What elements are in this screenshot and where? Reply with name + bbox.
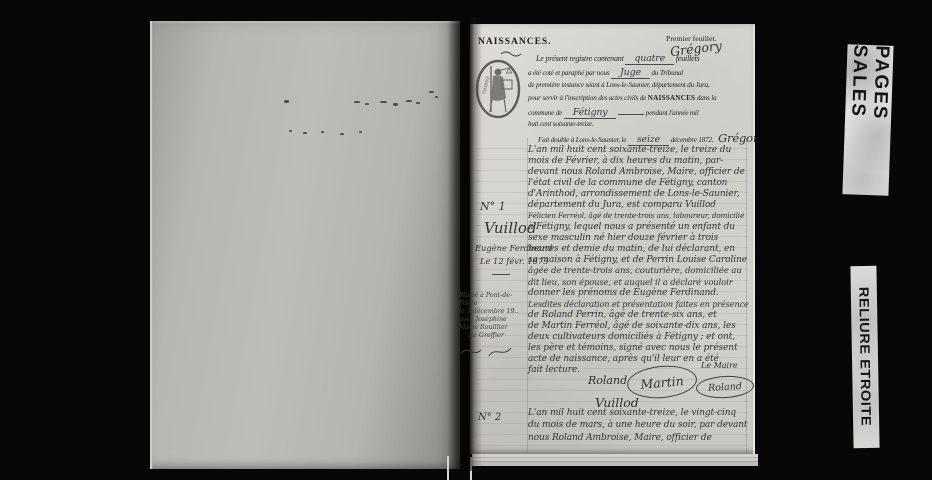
act-text-line: L'an mil huit cent soixante-treize, le v… xyxy=(528,408,747,420)
act2-number: N° 2 xyxy=(478,412,501,423)
ink-speck xyxy=(359,131,362,133)
printed-text: Le présent registre contenant xyxy=(536,54,624,63)
mention-line: Marie Rouillier xyxy=(459,324,529,332)
ink-speck xyxy=(380,101,387,103)
handwritten-fill: Fétigny xyxy=(564,107,617,119)
form-line-6: huit cent soixante-treize. xyxy=(528,120,593,128)
marginal-mention: Marié à Pont-de-Poitte le 3 décembre 19.… xyxy=(459,292,529,363)
ink-speck xyxy=(429,91,434,93)
archival-label-pages-sales: PAGES SALES xyxy=(842,44,893,196)
act-text-line: Lesdites déclaration et présentation fai… xyxy=(528,299,749,310)
act-text-line: deux cultivateurs domiciliés à Fétigny ;… xyxy=(528,332,749,343)
title-flourish xyxy=(500,50,522,57)
clerk-signature-flourish xyxy=(459,342,515,360)
printed-text: du Tribunal xyxy=(652,69,684,77)
ink-speck xyxy=(354,101,360,103)
form-line-2: a été coté et paraphé par nous Juge du T… xyxy=(528,67,683,78)
printed-text: de première instance séant à Lons-le-Sau… xyxy=(528,81,710,89)
act-text-line: devant nous Roland Ambroise, Maire, offi… xyxy=(528,167,749,178)
blank-rule xyxy=(618,108,644,115)
printed-text: huit cent soixante-treize. xyxy=(528,120,593,128)
ink-speck xyxy=(435,96,438,98)
ink-speck xyxy=(365,103,369,105)
act-text-line: âgée de trente-trois ans, couturière, do… xyxy=(528,266,749,277)
ink-speck xyxy=(340,133,344,135)
act-text-line: mois de Février, à dix heures du matin, … xyxy=(528,156,749,167)
printed-bold-text: NAISSANCES xyxy=(648,94,696,102)
act-text-line: sexe masculin né hier douze février à tr… xyxy=(528,233,749,244)
section-title: NAISSANCES. xyxy=(478,37,552,47)
act2-body-text: L'an mil huit cent soixante-treize, le v… xyxy=(528,408,747,445)
handwritten-fill: quatre xyxy=(625,53,674,65)
mayor-title: Le Maire xyxy=(701,361,738,370)
ink-speck xyxy=(321,131,324,133)
handwritten-fill: Juge xyxy=(611,67,650,79)
printed-text: Fait double à Lons-le-Saunier, le xyxy=(538,136,626,144)
printed-text: pour servir à l'inscription des actes ci… xyxy=(528,94,646,102)
page-edge-tick xyxy=(470,457,472,480)
act-text-line: les père et témoins, signé avec nous le … xyxy=(528,343,749,354)
stamp-label: TIMBRE xyxy=(483,76,492,96)
act-text-line: l'état civil de la commune de Fétigny, c… xyxy=(528,178,749,189)
left-blank-page xyxy=(150,21,460,469)
form-line-3: de première instance séant à Lons-le-Sau… xyxy=(528,81,710,89)
mayor-signature: Roland xyxy=(708,381,742,394)
judge-signature: Grégory xyxy=(718,131,755,145)
act-text-line: de Roland Perrin, âgé de trente-six ans,… xyxy=(528,310,749,321)
ink-speck xyxy=(303,132,307,134)
mention-line: le 3 décembre 19.. xyxy=(459,308,529,316)
mention-line: Marié à Pont-de-Poitte xyxy=(459,292,529,308)
act-text-line: L'an mil huit cent soixante-treize, le t… xyxy=(528,145,749,156)
ink-speck xyxy=(284,100,289,103)
act-text-line: dit lieu, son épouse, et auquel il a déc… xyxy=(528,277,749,288)
form-line-4: pour servir à l'inscription des actes ci… xyxy=(528,94,716,102)
register-recto-page: NAISSANCES. TIMBRE Premier feuillet. Gré… xyxy=(470,24,755,454)
archival-label-reliure-etroite: RELIURE ETROITE xyxy=(850,266,879,448)
margin-divider xyxy=(492,274,510,275)
ink-speck xyxy=(289,130,292,132)
act-text-line: à Fétigny, lequel nous a présenté un enf… xyxy=(528,222,749,233)
ink-speck xyxy=(393,103,398,106)
page-edge-tick xyxy=(447,456,449,480)
act1-number: N° 1 xyxy=(480,200,506,213)
label-text: PAGES SALES xyxy=(843,44,892,195)
form-line-1: Le présent registre contenant quatre feu… xyxy=(536,53,699,64)
witness-signature: Martin xyxy=(640,373,684,392)
act1-body-text: L'an mil huit cent soixante-treize, le t… xyxy=(528,145,749,376)
printed-text: décembre 1872. xyxy=(671,136,714,144)
act-text-line: département du Jura, est comparu Vuillod xyxy=(528,200,749,211)
witness-signature: Roland xyxy=(588,374,627,387)
act-text-line: du mois de mars, à une heure du soir, pa… xyxy=(528,420,747,432)
revenue-stamp-icon: TIMBRE xyxy=(475,58,521,120)
act-text-line: donner les prénoms de Eugène Ferdinand. xyxy=(528,288,749,299)
act-text-line: nous Roland Ambroise, Maire, officier de xyxy=(528,433,747,445)
ink-speck xyxy=(406,100,412,102)
label-text: RELIURE ETROITE xyxy=(856,287,873,427)
page-stack-edge xyxy=(472,454,758,466)
mention-line: Le Greffier xyxy=(459,332,529,340)
printed-text: commune de xyxy=(528,109,562,117)
act-text-line: Félicien Ferréol, âgé de trente-trois an… xyxy=(528,211,749,222)
scanned-register-page: NAISSANCES. TIMBRE Premier feuillet. Gré… xyxy=(0,0,932,480)
mention-line: avec Joséphine xyxy=(459,316,529,324)
act-text-line: heures et demie du matin, de lui déclara… xyxy=(528,244,749,255)
act-text-line: d'Arinthod, arrondissement de Lons-le-Sa… xyxy=(528,189,749,200)
printed-text: dans la xyxy=(697,94,717,102)
ink-speck xyxy=(416,102,420,104)
printed-text: a été coté et paraphé par nous xyxy=(528,69,609,77)
act-text-line: de Martin Ferréol, âgé de soixante-dix a… xyxy=(528,321,749,332)
printed-text: feuillets xyxy=(676,54,700,63)
form-line-7: Fait double à Lons-le-Saunier, le seize … xyxy=(538,131,755,145)
act-text-line: sa maison à Fétigny, et de Perrin Louise… xyxy=(528,255,749,266)
printed-text: pendant l'année mil xyxy=(646,109,699,117)
form-line-5: commune de Fétigny pendant l'année mil xyxy=(528,107,699,118)
